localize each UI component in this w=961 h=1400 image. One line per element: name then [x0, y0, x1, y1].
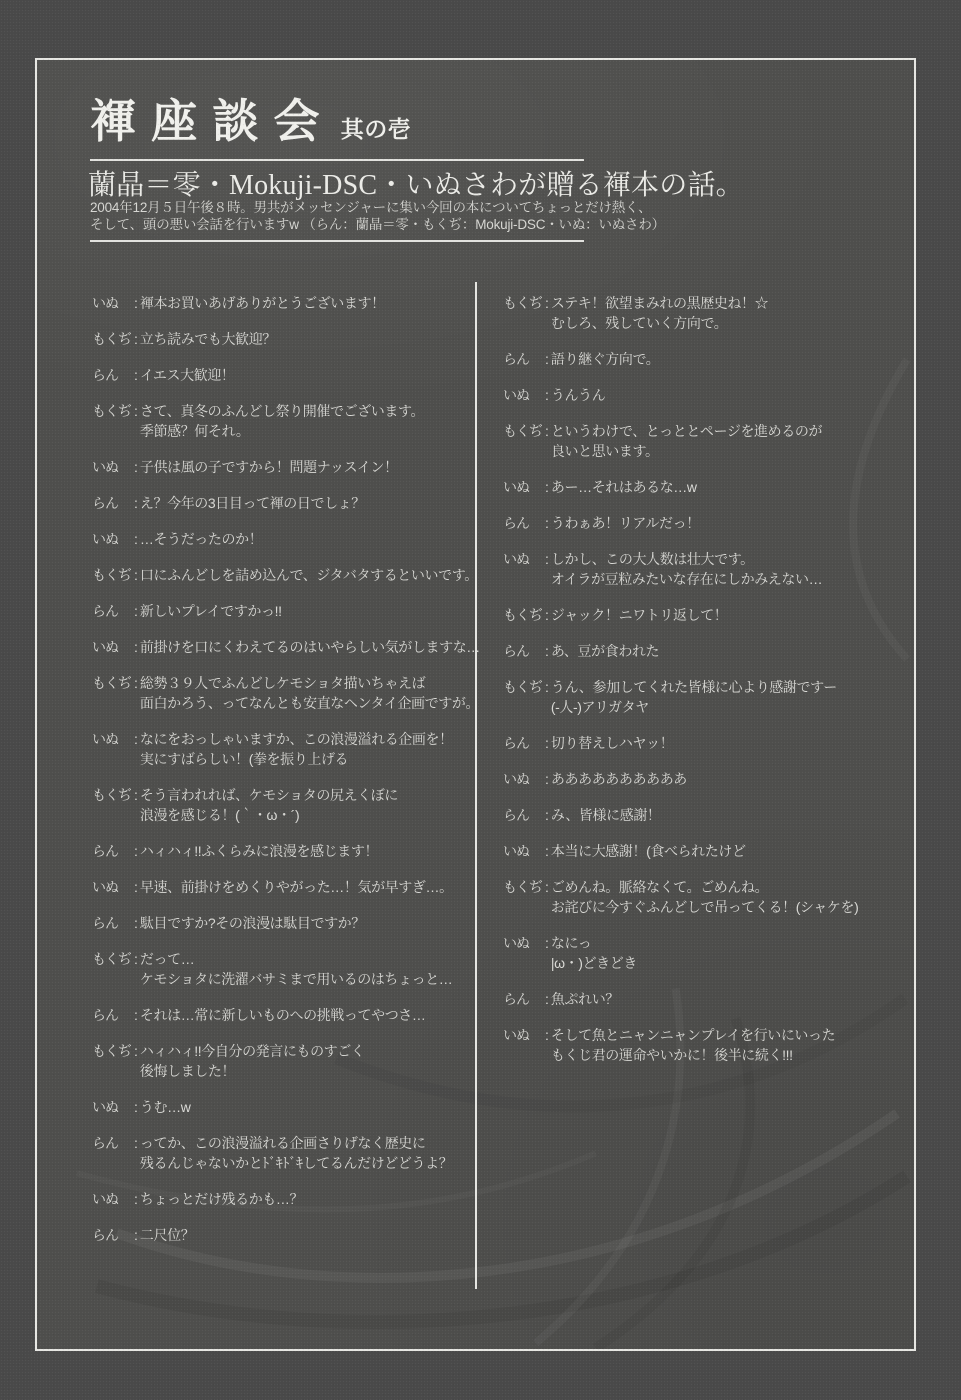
message-line: お詫びに今すぐふんどしで吊ってくる！(シャケを): [551, 897, 858, 917]
message-text: なにっ|ω・)どきどき: [551, 933, 637, 973]
speaker-label: らん: [503, 349, 545, 369]
message-line: ステキ！欲望まみれの黒歴史ね！☆: [551, 293, 768, 313]
message-text: 子供は風の子ですから！問題ナッスイン！: [140, 457, 398, 477]
message-line: なにっ: [551, 933, 637, 953]
speaker-label: らん: [92, 365, 134, 385]
message-line: だって…: [140, 949, 453, 969]
speaker-label: らん: [92, 1133, 134, 1173]
message-text: というわけで、とっととページを進めるのが良いと思います。: [551, 421, 822, 461]
message-row: もくぢ:そう言われれば、ケモショタの尻えくぼに浪漫を感じる！(｀・ω・´): [92, 785, 474, 825]
message-line: 本当に大感謝！(食べられたけど: [551, 841, 746, 861]
message-line: 子供は風の子ですから！問題ナッスイン！: [140, 457, 398, 477]
speaker-colon: :: [134, 401, 138, 441]
message-text: あー…それはあるな…w: [551, 477, 697, 497]
message-line: 語り継ぐ方向で。: [551, 349, 660, 369]
page-title: 褌座談会: [90, 96, 335, 147]
speaker-label: いぬ: [503, 769, 545, 789]
message-line: 残るんじゃないかとﾄﾞｷﾄﾞｷしてるんだけどどうよ？: [140, 1153, 452, 1173]
speaker-label: もくぢ: [92, 1041, 134, 1081]
message-row: いぬ:前掛けを口にくわえてるのはいやらしい気がしますな…: [92, 637, 474, 657]
message-row: もくぢ:ごめんね。脈絡なくて。ごめんね。お詫びに今すぐふんどしで吊ってくる！(シ…: [503, 877, 915, 917]
message-row: らん:駄目ですか?その浪漫は駄目ですか？: [92, 913, 474, 933]
message-row: いぬ:そして魚とニャンニャンプレイを行いにいったもくじ君の運命やいかに！後半に続…: [503, 1025, 915, 1065]
speaker-colon: :: [134, 785, 138, 825]
message-text: そう言われれば、ケモショタの尻えくぼに浪漫を感じる！(｀・ω・´): [140, 785, 398, 825]
page-frame-border: 褌座談会 其の壱 蘭晶＝零・Mokuji-DSC・いぬさわが贈る褌本の話。 20…: [35, 58, 916, 1351]
message-text: ジャック！ニワトリ返して！: [551, 605, 728, 625]
message-text: 語り継ぐ方向で。: [551, 349, 660, 369]
message-row: らん:切り替えしハヤッ！: [503, 733, 915, 753]
speaker-label: らん: [92, 1225, 134, 1245]
message-text: 駄目ですか?その浪漫は駄目ですか？: [140, 913, 365, 933]
speaker-colon: :: [134, 565, 138, 585]
message-text: ステキ！欲望まみれの黒歴史ね！☆むしろ、残していく方向で。: [551, 293, 768, 333]
message-line: それは…常に新しいものへの挑戦ってやつさ…: [140, 1005, 426, 1025]
message-row: もくぢ:だって…ケモショタに洗濯バサミまで用いるのはちょっと…: [92, 949, 474, 989]
message-line: 駄目ですか?その浪漫は駄目ですか？: [140, 913, 365, 933]
speaker-label: もくぢ: [92, 673, 134, 713]
intro-line-2: そして、頭の悪い会話を行いますw （らん：蘭晶＝零・もくぢ：Mokuji-DSC…: [90, 216, 665, 233]
intro-text: 2004年12月５日午後８時。男共がメッセンジャーに集い今回の本についてちょっと…: [90, 199, 665, 233]
message-text: うわぁあ！リアルだっ！: [551, 513, 700, 533]
speaker-colon: :: [134, 457, 138, 477]
message-line: (-人-)アリガタヤ: [551, 697, 837, 717]
byline: 蘭晶＝零・Mokuji-DSC・いぬさわが贈る褌本の話。: [88, 163, 744, 203]
speaker-label: らん: [92, 1005, 134, 1025]
speaker-label: いぬ: [92, 637, 134, 657]
message-text: 口にふんどしを詰め込んで、ジタバタするといいです。: [140, 565, 478, 585]
speaker-colon: :: [545, 349, 549, 369]
message-row: らん:み、皆様に感謝！: [503, 805, 915, 825]
speaker-colon: :: [545, 1025, 549, 1065]
message-line: 浪漫を感じる！(｀・ω・´): [140, 805, 398, 825]
speaker-label: いぬ: [503, 1025, 545, 1065]
message-line: 二尺位？: [140, 1225, 194, 1245]
header-rule-top: [90, 159, 584, 161]
speaker-label: らん: [92, 493, 134, 513]
message-row: もくぢ:ジャック！ニワトリ返して！: [503, 605, 915, 625]
message-line: あ、豆が食われた: [551, 641, 659, 661]
speaker-colon: :: [134, 637, 138, 657]
speaker-label: らん: [503, 989, 545, 1009]
speaker-label: いぬ: [92, 457, 134, 477]
speaker-label: らん: [503, 805, 545, 825]
message-row: いぬ:なにをおっしゃいますか、この浪漫溢れる企画を！実にすばらしい！(拳を振り上…: [92, 729, 474, 769]
message-text: ああああああああああ: [551, 769, 687, 789]
speaker-colon: :: [545, 385, 549, 405]
message-row: いぬ:あー…それはあるな…w: [503, 477, 915, 497]
message-text: なにをおっしゃいますか、この浪漫溢れる企画を！実にすばらしい！(拳を振り上げる: [140, 729, 453, 769]
speaker-label: もくぢ: [503, 877, 545, 917]
speaker-colon: :: [545, 549, 549, 589]
message-line: そう言われれば、ケモショタの尻えくぼに: [140, 785, 398, 805]
message-line: うん、参加してくれた皆様に心より感謝ですー: [551, 677, 837, 697]
speaker-colon: :: [545, 641, 549, 661]
message-row: いぬ:うむ…w: [92, 1097, 474, 1117]
message-text: 立ち読みでも大歓迎？: [140, 329, 276, 349]
speaker-colon: :: [545, 733, 549, 753]
message-line: 実にすばらしい！(拳を振り上げる: [140, 749, 453, 769]
message-row: もくぢ:ステキ！欲望まみれの黒歴史ね！☆むしろ、残していく方向で。: [503, 293, 915, 333]
speaker-label: もくぢ: [503, 605, 545, 625]
message-row: らん:魚ぷれい？: [503, 989, 915, 1009]
speaker-colon: :: [545, 805, 549, 825]
speaker-colon: :: [545, 421, 549, 461]
message-line: 面白かろう、ってなんとも安直なヘンタイ企画ですが。: [140, 693, 479, 713]
message-row: らん:あ、豆が食われた: [503, 641, 915, 661]
message-text: 早速、前掛けをめくりやがった…！気が早すぎ…。: [140, 877, 453, 897]
message-line: え？今年の3日目って褌の日でしょ？: [140, 493, 365, 513]
dialogue-column-left: いぬ:褌本お買いあげありがとうございます！もくぢ:立ち読みでも大歓迎？らん:イエ…: [92, 293, 474, 1261]
speaker-colon: :: [134, 1005, 138, 1025]
message-text: 褌本お買いあげありがとうございます！: [140, 293, 385, 313]
message-row: いぬ:ああああああああああ: [503, 769, 915, 789]
message-row: いぬ:…そうだったのか！: [92, 529, 474, 549]
speaker-colon: :: [134, 949, 138, 989]
speaker-colon: :: [134, 493, 138, 513]
speaker-label: もくぢ: [92, 329, 134, 349]
speaker-colon: :: [134, 1189, 138, 1209]
speaker-label: もくぢ: [503, 293, 545, 333]
message-line: あー…それはあるな…w: [551, 477, 697, 497]
speaker-colon: :: [134, 1133, 138, 1173]
speaker-colon: :: [545, 605, 549, 625]
speaker-colon: :: [545, 293, 549, 333]
message-line: ハィハィ!!ふくらみに浪漫を感じます！: [140, 841, 378, 861]
message-row: らん:それは…常に新しいものへの挑戦ってやつさ…: [92, 1005, 474, 1025]
message-line: |ω・)どきどき: [551, 953, 637, 973]
message-line: 前掛けを口にくわえてるのはいやらしい気がしますな…: [140, 637, 480, 657]
speaker-colon: :: [134, 877, 138, 897]
message-row: らん:二尺位？: [92, 1225, 474, 1245]
message-row: いぬ:本当に大感謝！(食べられたけど: [503, 841, 915, 861]
speaker-colon: :: [134, 1097, 138, 1117]
message-text: うん、参加してくれた皆様に心より感謝ですー(-人-)アリガタヤ: [551, 677, 837, 717]
message-line: ケモショタに洗濯バサミまで用いるのはちょっと…: [140, 969, 453, 989]
speaker-colon: :: [134, 841, 138, 861]
speaker-label: いぬ: [92, 729, 134, 769]
speaker-label: いぬ: [503, 385, 545, 405]
message-line: イエス大歓迎！: [140, 365, 235, 385]
message-line: 総勢３９人でふんどしケモショタ描いちゃえば: [140, 673, 479, 693]
message-text: さて、真冬のふんどし祭り開催でございます。季節感？何それ。: [140, 401, 424, 441]
message-line: 立ち読みでも大歓迎？: [140, 329, 276, 349]
speaker-colon: :: [134, 673, 138, 713]
speaker-label: らん: [503, 513, 545, 533]
speaker-label: もくぢ: [92, 785, 134, 825]
message-line: ごめんね。脈絡なくて。ごめんね。: [551, 877, 858, 897]
speaker-label: いぬ: [503, 549, 545, 589]
speaker-colon: :: [545, 769, 549, 789]
speaker-label: いぬ: [92, 293, 134, 313]
speaker-label: いぬ: [92, 529, 134, 549]
column-divider: [475, 282, 477, 1289]
speaker-colon: :: [545, 677, 549, 717]
message-text: うんうん: [551, 385, 605, 405]
header-rule-bottom: [90, 240, 584, 242]
message-row: らん:え？今年の3日目って褌の日でしょ？: [92, 493, 474, 513]
message-line: うんうん: [551, 385, 605, 405]
message-row: いぬ:ちょっとだけ残るかも…？: [92, 1189, 474, 1209]
speaker-colon: :: [134, 529, 138, 549]
message-line: 魚ぷれい？: [551, 989, 619, 1009]
message-text: み、皆様に感謝！: [551, 805, 661, 825]
message-text: あ、豆が食われた: [551, 641, 659, 661]
speaker-label: らん: [92, 841, 134, 861]
message-line: 新しいプレイですかっ!!: [140, 601, 282, 621]
speaker-colon: :: [545, 933, 549, 973]
message-text: ってか、この浪漫溢れる企画さりげなく歴史に残るんじゃないかとﾄﾞｷﾄﾞｷしてるん…: [140, 1133, 452, 1173]
message-text: ハィハィ!!ふくらみに浪漫を感じます！: [140, 841, 378, 861]
message-row: もくぢ:うん、参加してくれた皆様に心より感謝ですー(-人-)アリガタヤ: [503, 677, 915, 717]
message-row: もくぢ:立ち読みでも大歓迎？: [92, 329, 474, 349]
message-row: らん:新しいプレイですかっ!!: [92, 601, 474, 621]
speaker-colon: :: [134, 913, 138, 933]
message-row: もくぢ:さて、真冬のふんどし祭り開催でございます。季節感？何それ。: [92, 401, 474, 441]
message-line: オイラが豆粒みたいな存在にしかみえない…: [551, 569, 822, 589]
message-text: それは…常に新しいものへの挑戦ってやつさ…: [140, 1005, 426, 1025]
message-line: ハィハィ!!今自分の発言にものすごく: [140, 1041, 365, 1061]
speaker-colon: :: [134, 293, 138, 313]
message-row: らん:語り継ぐ方向で。: [503, 349, 915, 369]
message-text: だって…ケモショタに洗濯バサミまで用いるのはちょっと…: [140, 949, 453, 989]
speaker-colon: :: [134, 601, 138, 621]
speaker-colon: :: [134, 329, 138, 349]
message-line: 後悔しました！: [140, 1061, 365, 1081]
message-text: ハィハィ!!今自分の発言にものすごく後悔しました！: [140, 1041, 365, 1081]
message-text: 二尺位？: [140, 1225, 194, 1245]
message-row: もくぢ:総勢３９人でふんどしケモショタ描いちゃえば面白かろう、ってなんとも安直な…: [92, 673, 474, 713]
message-row: もくぢ:ハィハィ!!今自分の発言にものすごく後悔しました！: [92, 1041, 474, 1081]
speaker-label: いぬ: [503, 841, 545, 861]
message-line: というわけで、とっととページを進めるのが: [551, 421, 822, 441]
message-line: …そうだったのか！: [140, 529, 262, 549]
page-title-part: 其の壱: [341, 111, 411, 144]
message-line: もくじ君の運命やいかに！後半に続く!!!: [551, 1045, 835, 1065]
message-text: 魚ぷれい？: [551, 989, 619, 1009]
speaker-label: もくぢ: [92, 949, 134, 989]
message-row: いぬ:褌本お買いあげありがとうございます！: [92, 293, 474, 313]
message-text: ごめんね。脈絡なくて。ごめんね。お詫びに今すぐふんどしで吊ってくる！(シャケを): [551, 877, 858, 917]
speaker-colon: :: [134, 1225, 138, 1245]
message-row: らん:イエス大歓迎！: [92, 365, 474, 385]
message-text: イエス大歓迎！: [140, 365, 235, 385]
message-text: ちょっとだけ残るかも…？: [140, 1189, 303, 1209]
speaker-colon: :: [134, 365, 138, 385]
speaker-label: いぬ: [503, 477, 545, 497]
message-text: 前掛けを口にくわえてるのはいやらしい気がしますな…: [140, 637, 480, 657]
message-line: ああああああああああ: [551, 769, 687, 789]
message-text: え？今年の3日目って褌の日でしょ？: [140, 493, 365, 513]
message-text: 切り替えしハヤッ！: [551, 733, 673, 753]
speaker-label: もくぢ: [92, 401, 134, 441]
message-line: 季節感？何それ。: [140, 421, 424, 441]
message-row: いぬ:子供は風の子ですから！問題ナッスイン！: [92, 457, 474, 477]
message-row: いぬ:しかし、この大人数は壮大です。オイラが豆粒みたいな存在にしかみえない…: [503, 549, 915, 589]
speaker-label: いぬ: [92, 877, 134, 897]
message-text: …そうだったのか！: [140, 529, 262, 549]
speaker-label: らん: [503, 733, 545, 753]
message-line: むしろ、残していく方向で。: [551, 313, 768, 333]
speaker-colon: :: [545, 513, 549, 533]
speaker-label: いぬ: [92, 1189, 134, 1209]
message-line: ちょっとだけ残るかも…？: [140, 1189, 303, 1209]
message-line: ジャック！ニワトリ返して！: [551, 605, 728, 625]
message-line: なにをおっしゃいますか、この浪漫溢れる企画を！: [140, 729, 453, 749]
message-line: そして魚とニャンニャンプレイを行いにいった: [551, 1025, 835, 1045]
speaker-colon: :: [134, 729, 138, 769]
message-line: み、皆様に感謝！: [551, 805, 661, 825]
message-line: うわぁあ！リアルだっ！: [551, 513, 700, 533]
speaker-label: もくぢ: [92, 565, 134, 585]
message-text: 本当に大感謝！(食べられたけど: [551, 841, 746, 861]
intro-line-1: 2004年12月５日午後８時。男共がメッセンジャーに集い今回の本についてちょっと…: [90, 199, 665, 216]
message-text: そして魚とニャンニャンプレイを行いにいったもくじ君の運命やいかに！後半に続く!!…: [551, 1025, 835, 1065]
title-row: 褌座談会 其の壱: [90, 96, 411, 147]
message-line: 褌本お買いあげありがとうございます！: [140, 293, 385, 313]
dialogue-column-right: もくぢ:ステキ！欲望まみれの黒歴史ね！☆むしろ、残していく方向で。らん:語り継ぐ…: [503, 293, 915, 1081]
speaker-label: らん: [92, 601, 134, 621]
message-text: しかし、この大人数は壮大です。オイラが豆粒みたいな存在にしかみえない…: [551, 549, 822, 589]
speaker-colon: :: [545, 989, 549, 1009]
speaker-colon: :: [134, 1041, 138, 1081]
message-text: 総勢３９人でふんどしケモショタ描いちゃえば面白かろう、ってなんとも安直なヘンタイ…: [140, 673, 479, 713]
message-line: ってか、この浪漫溢れる企画さりげなく歴史に: [140, 1133, 452, 1153]
speaker-label: もくぢ: [503, 677, 545, 717]
message-row: らん:ってか、この浪漫溢れる企画さりげなく歴史に残るんじゃないかとﾄﾞｷﾄﾞｷし…: [92, 1133, 474, 1173]
speaker-colon: :: [545, 841, 549, 861]
speaker-colon: :: [545, 877, 549, 917]
message-line: 切り替えしハヤッ！: [551, 733, 673, 753]
message-row: もくぢ:口にふんどしを詰め込んで、ジタバタするといいです。: [92, 565, 474, 585]
message-line: さて、真冬のふんどし祭り開催でございます。: [140, 401, 424, 421]
speaker-label: らん: [92, 913, 134, 933]
message-line: しかし、この大人数は壮大です。: [551, 549, 822, 569]
message-line: 口にふんどしを詰め込んで、ジタバタするといいです。: [140, 565, 478, 585]
message-line: うむ…w: [140, 1097, 191, 1117]
message-row: もくぢ:というわけで、とっととページを進めるのが良いと思います。: [503, 421, 915, 461]
speaker-label: らん: [503, 641, 545, 661]
scanned-page: { "header": { "title": "褌座談会", "part": "…: [0, 0, 961, 1400]
message-text: うむ…w: [140, 1097, 191, 1117]
message-row: いぬ:なにっ|ω・)どきどき: [503, 933, 915, 973]
speaker-colon: :: [545, 477, 549, 497]
message-text: 新しいプレイですかっ!!: [140, 601, 282, 621]
message-row: いぬ:早速、前掛けをめくりやがった…！気が早すぎ…。: [92, 877, 474, 897]
message-row: らん:ハィハィ!!ふくらみに浪漫を感じます！: [92, 841, 474, 861]
message-line: 良いと思います。: [551, 441, 822, 461]
speaker-label: いぬ: [92, 1097, 134, 1117]
speaker-label: いぬ: [503, 933, 545, 973]
speaker-label: もくぢ: [503, 421, 545, 461]
message-line: 早速、前掛けをめくりやがった…！気が早すぎ…。: [140, 877, 453, 897]
message-row: らん:うわぁあ！リアルだっ！: [503, 513, 915, 533]
message-row: いぬ:うんうん: [503, 385, 915, 405]
